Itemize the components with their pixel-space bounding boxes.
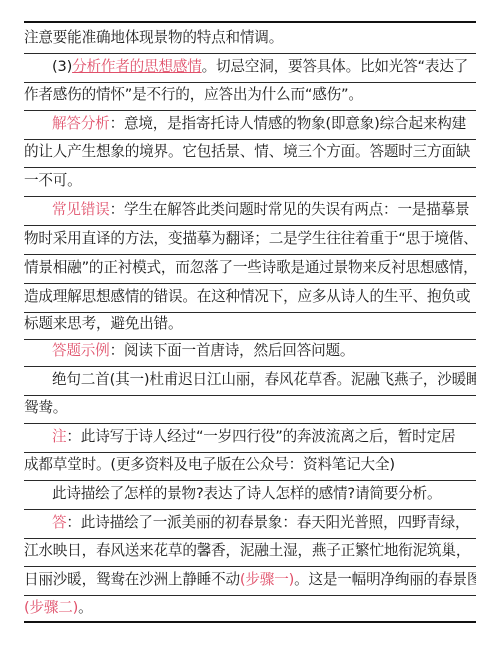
text-segment: 。切忌空洞，要答具体。比如光答“表达了 — [202, 58, 468, 75]
text-line: 一不可。 — [24, 168, 476, 197]
highlight-label: 答 — [52, 514, 66, 531]
highlight-label: 解答分析 — [52, 115, 110, 132]
text-line: 的让人产生想象的境界。它包括景、情、境三个方面。答题时三方面缺 — [24, 139, 476, 168]
text-line: (步骤二)。 — [24, 595, 476, 623]
text-line: 作者感伤的情怀”是不行的，应答出为什么而“感伤”。 — [24, 82, 476, 111]
text-segment: 注意要能准确地体现景物的特点和情调。 — [24, 29, 283, 46]
text-line: 答题示例：阅读下面一首唐诗，然后回答问题。 — [24, 338, 476, 367]
highlight-label: (步骤一) — [240, 571, 294, 588]
text-segment: 作者感伤的情怀”是不行的，应答出为什么而“感伤”。 — [24, 86, 363, 103]
text-line: 标题来思考，避免出错。 — [24, 311, 476, 340]
text-segment: 此诗描绘了怎样的景物?表达了诗人怎样的感情?请简要分析。 — [52, 485, 441, 502]
text-segment: 成都草堂时。(更多资料及电子版在公众号：资料笔记大全) — [24, 456, 395, 473]
highlight-label: 答题示例 — [52, 342, 110, 359]
text-line: 解答分析：意境，是指寄托诗人情感的物象(即意象)综合起来构建 — [24, 111, 476, 140]
text-segment: 鸳鸯。 — [24, 399, 67, 416]
text-line: 鸳鸯。 — [24, 395, 476, 424]
text-line: 答：此诗描绘了一派美丽的初春景象：春天阳光普照，四野青绿， — [24, 510, 476, 539]
text-segment: 造成理解思想感情的错误。在这种情况下，应多从诗人的生平、抱负或 — [24, 288, 470, 305]
text-line: 物时采用直译的方法，变描摹为翻译；二是学生往往着重于“思于境偕、 — [24, 226, 476, 255]
text-segment: (3) — [52, 58, 72, 75]
text-segment: 绝句二首(其一)杜甫迟日江山丽，春风花草香。泥融飞燕子，沙暖睡 — [52, 371, 476, 388]
text-segment: ：此诗写于诗人经过“一岁四行役”的奔波流离之后，暂时定居 — [66, 428, 455, 445]
text-segment: 的让人产生想象的境界。它包括景、情、境三个方面。答题时三方面缺 — [24, 143, 470, 160]
text-line: 成都草堂时。(更多资料及电子版在公众号：资料笔记大全) — [24, 452, 476, 481]
highlight-label: 注 — [52, 428, 66, 445]
text-line: 情景相融”的正衬模式，而忽落了一些诗歌是通过景物来反衬思想感情， — [24, 255, 476, 284]
text-segment: 。 — [78, 599, 92, 616]
text-line: 日丽沙暖，鸳鸯在沙洲上静睡不动(步骤一)。这是一幅明净绚丽的春景图 — [24, 567, 476, 596]
handwritten-notes-page: 注意要能准确地体现景物的特点和情调。(3)分析作者的思想感情。切忌空洞，要答具体… — [24, 0, 476, 666]
text-line: 注：此诗写于诗人经过“一岁四行役”的奔波流离之后，暂时定居 — [24, 424, 476, 453]
text-line: 江水映日，春风送来花草的馨香，泥融土湿，燕子正繁忙地衔泥筑巢， — [24, 538, 476, 567]
text-line: 注意要能准确地体现景物的特点和情调。 — [24, 25, 476, 54]
highlight-label: 分析作者的思想感情 — [72, 58, 202, 75]
text-segment: ：阅读下面一首唐诗，然后回答问题。 — [110, 342, 355, 359]
text-line: 常见错误：学生在解答此类问题时常见的失误有两点：一是描摹景 — [24, 197, 476, 226]
bottom-thick-rule — [24, 621, 476, 623]
text-segment: 。这是一幅明净绚丽的春景图 — [294, 571, 476, 588]
top-thick-rule — [24, 21, 476, 23]
text-segment: 情景相融”的正衬模式，而忽落了一些诗歌是通过景物来反衬思想感情， — [24, 259, 476, 276]
text-line: 绝句二首(其一)杜甫迟日江山丽，春风花草香。泥融飞燕子，沙暖睡 — [24, 367, 476, 396]
text-segment: ：学生在解答此类问题时常见的失误有两点：一是描摹景 — [110, 201, 470, 218]
text-segment: ：意境，是指寄托诗人情感的物象(即意象)综合起来构建 — [110, 115, 466, 132]
text-line: (3)分析作者的思想感情。切忌空洞，要答具体。比如光答“表达了 — [24, 54, 476, 83]
text-line: 造成理解思想感情的错误。在这种情况下，应多从诗人的生平、抱负或 — [24, 284, 476, 313]
highlight-label: 常见错误 — [52, 201, 110, 218]
text-segment: 物时采用直译的方法，变描摹为翻译；二是学生往往着重于“思于境偕、 — [24, 230, 476, 247]
text-segment: 江水映日，春风送来花草的馨香，泥融土湿，燕子正繁忙地衔泥筑巢， — [24, 542, 470, 559]
text-segment: 一不可。 — [24, 172, 82, 189]
text-line: 此诗描绘了怎样的景物?表达了诗人怎样的感情?请简要分析。 — [24, 481, 476, 510]
highlight-label: (步骤二) — [24, 599, 78, 616]
text-segment: 日丽沙暖，鸳鸯在沙洲上静睡不动 — [24, 571, 240, 588]
text-segment: 标题来思考，避免出错。 — [24, 315, 182, 332]
text-segment: ：此诗描绘了一派美丽的初春景象：春天阳光普照，四野青绿， — [66, 514, 469, 531]
